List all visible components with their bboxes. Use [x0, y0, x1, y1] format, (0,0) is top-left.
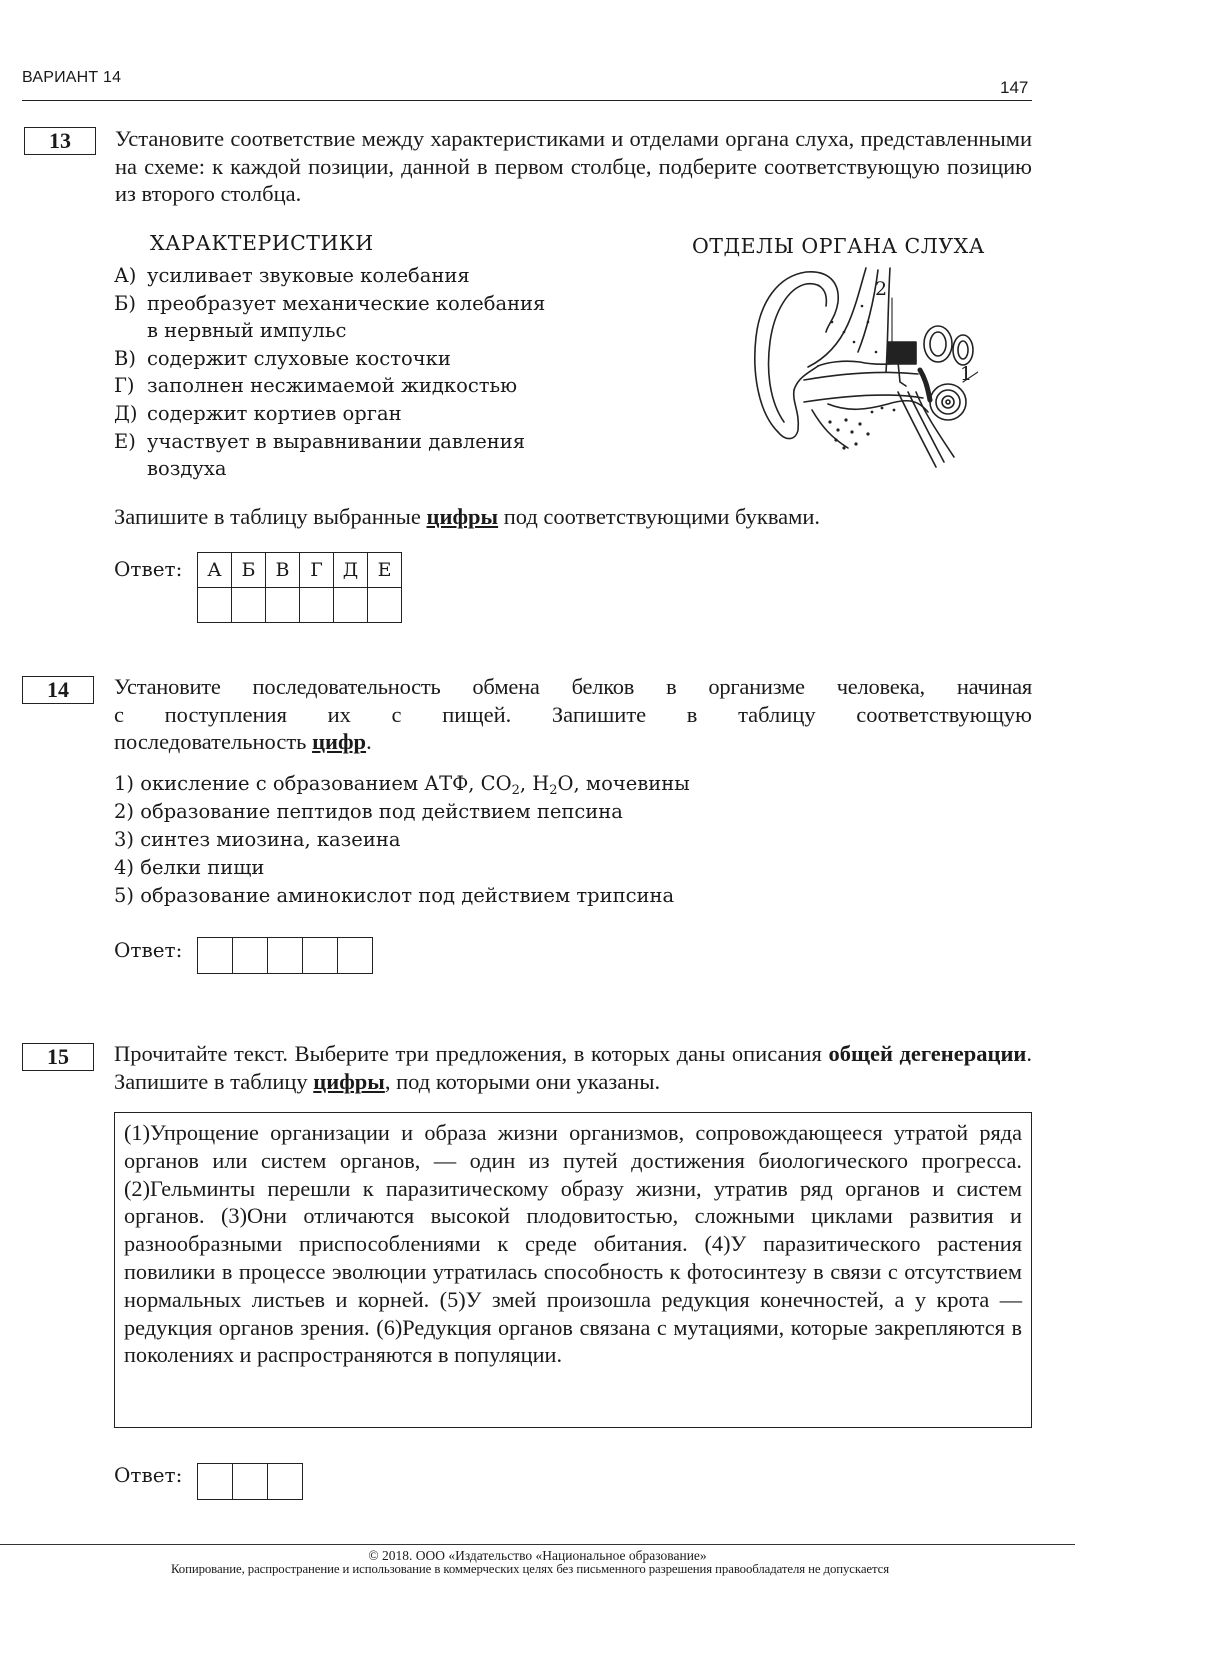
characteristic-text: содержит кортиев орган: [147, 400, 402, 428]
answer-column-header: Д: [334, 553, 368, 588]
sequence-item-number: 4): [114, 856, 134, 879]
sequence-item-number: 2): [114, 800, 134, 823]
characteristic-letter: Б): [114, 290, 147, 318]
characteristic-item: в нервный импульс: [114, 317, 634, 345]
answer-column-header: А: [198, 553, 232, 588]
sequence-item-number: 1): [114, 772, 134, 795]
characteristic-letter: Г): [114, 372, 147, 400]
answer-cell[interactable]: [198, 938, 233, 974]
characteristic-letter: А): [114, 262, 147, 290]
sequence-item: 4) белки пищи: [114, 854, 814, 882]
q15-passage: (1)Упрощение организации и образа жизни …: [124, 1119, 1022, 1369]
answer-cell[interactable]: [303, 938, 338, 974]
characteristic-item: воздуха: [114, 455, 634, 483]
q13-instruction-emphasis: цифры: [427, 504, 499, 529]
q15-prompt-emphasis: цифры: [313, 1069, 385, 1094]
q14-prompt-line2: с поступления их с пищей. Запишите в таб…: [114, 701, 1032, 729]
sequence-item: 2) образование пептидов под действием пе…: [114, 798, 814, 826]
footer-notice: Копирование, распространение и использов…: [0, 1562, 1060, 1577]
characteristic-text: участвует в выравнивании давления: [147, 428, 525, 456]
q15-prompt: Прочитайте текст. Выберите три предложен…: [114, 1040, 1032, 1095]
q13-prompt: Установите соответствие между характерис…: [115, 125, 1032, 208]
answer-cell[interactable]: [268, 938, 303, 974]
q15-answer-table: [197, 1463, 303, 1500]
characteristic-item: Е)участвует в выравнивании давления: [114, 428, 634, 456]
q14-prompt-period: .: [366, 729, 372, 754]
subscript: 2: [549, 783, 557, 798]
q13-characteristics-title: ХАРАКТЕРИСТИКИ: [150, 231, 374, 255]
answer-column-header: Е: [368, 553, 402, 588]
characteristic-text: заполнен несжимаемой жидкостью: [147, 372, 517, 400]
answer-column-header: В: [266, 553, 300, 588]
q14-answer-table: [197, 937, 373, 974]
q13-instruction: Запишите в таблицу выбранные цифры под с…: [114, 503, 820, 531]
answer-cell[interactable]: [268, 1464, 303, 1500]
question-number-14: 14: [22, 676, 94, 704]
characteristic-text: усиливает звуковые колебания: [147, 262, 470, 290]
characteristic-item: В)содержит слуховые косточки: [114, 345, 634, 373]
sequence-item-text: образование аминокислот под действием тр…: [140, 884, 674, 907]
variant-title: ВАРИАНТ 14: [22, 69, 121, 87]
footer-divider: [0, 1544, 1075, 1545]
characteristic-item: Б)преобразует механические колебания: [114, 290, 634, 318]
ear-diagram: [748, 262, 978, 472]
sequence-item: 1) окисление с образованием АТФ, СО2, Н2…: [114, 770, 814, 798]
question-number-15: 15: [22, 1043, 94, 1071]
characteristic-letter: [114, 455, 147, 483]
subscript: 2: [512, 783, 520, 798]
q15-answer-label: Ответ:: [114, 1463, 182, 1487]
characteristic-letter: Е): [114, 428, 147, 456]
q14-answer-label: Ответ:: [114, 938, 182, 962]
sequence-item-text: О, мочевины: [558, 772, 690, 795]
q15-prompt-text: Прочитайте текст. Выберите три предложен…: [114, 1041, 828, 1066]
sequence-item: 3) синтез миозина, казеина: [114, 826, 814, 854]
answer-cell[interactable]: [198, 588, 232, 623]
q13-sections-title: ОТДЕЛЫ ОРГАНА СЛУХА: [692, 234, 985, 258]
sequence-item-text: образование пептидов под действием пепси…: [140, 800, 623, 823]
q14-prompt-line1: Установите последовательность обмена бел…: [114, 673, 1032, 701]
q13-answer-label: Ответ:: [114, 557, 182, 581]
characteristic-letter: Д): [114, 400, 147, 428]
q15-prompt-end: , под которыми они указаны.: [385, 1069, 660, 1094]
sequence-item-text: синтез миозина, казеина: [140, 828, 400, 851]
q15-prompt-bold: общей дегенерации: [828, 1041, 1026, 1066]
answer-cell[interactable]: [368, 588, 402, 623]
characteristic-text: в нервный импульс: [147, 317, 346, 345]
ear-anatomy-icon: [748, 262, 978, 472]
question-number-13: 13: [24, 127, 96, 155]
answer-cell[interactable]: [338, 938, 373, 974]
characteristic-letter: [114, 317, 147, 345]
q14-items-list: 1) окисление с образованием АТФ, СО2, Н2…: [114, 770, 814, 910]
answer-column-header: Г: [300, 553, 334, 588]
q14-prompt-emphasis: цифр: [312, 729, 366, 754]
diagram-label-1: 1: [960, 363, 972, 385]
q14-prompt-line3-text: последовательность: [114, 729, 312, 754]
characteristic-item: Д)содержит кортиев орган: [114, 400, 634, 428]
answer-cell[interactable]: [232, 588, 266, 623]
q13-instruction-text: Запишите в таблицу выбранные: [114, 504, 427, 529]
q15-passage-frame: (1)Упрощение организации и образа жизни …: [114, 1112, 1032, 1428]
answer-cell[interactable]: [233, 1464, 268, 1500]
characteristic-item: А)усиливает звуковые колебания: [114, 262, 634, 290]
diagram-label-2: 2: [875, 278, 887, 300]
answer-cell[interactable]: [266, 588, 300, 623]
header-divider: [22, 100, 1032, 101]
q14-prompt: Установите последовательность обмена бел…: [114, 673, 1032, 756]
characteristic-text: содержит слуховые косточки: [147, 345, 451, 373]
answer-cell[interactable]: [233, 938, 268, 974]
page-number: 147: [1000, 78, 1028, 98]
characteristic-text: воздуха: [147, 455, 226, 483]
sequence-item-text: , Н: [520, 772, 549, 795]
sequence-item: 5) образование аминокислот под действием…: [114, 882, 814, 910]
sequence-item-number: 5): [114, 884, 134, 907]
characteristic-letter: В): [114, 345, 147, 373]
answer-column-header: Б: [232, 553, 266, 588]
answer-cell[interactable]: [198, 1464, 233, 1500]
answer-cell[interactable]: [334, 588, 368, 623]
sequence-item-number: 3): [114, 828, 134, 851]
q14-prompt-line3: последовательность цифр.: [114, 728, 1032, 756]
sequence-item-text: белки пищи: [140, 856, 264, 879]
q13-answer-table: АБВГДЕ: [197, 552, 402, 623]
characteristic-text: преобразует механические колебания: [147, 290, 545, 318]
answer-cell[interactable]: [300, 588, 334, 623]
q13-characteristics-list: А)усиливает звуковые колебанияБ)преобраз…: [114, 262, 634, 483]
sequence-item-text: окисление с образованием АТФ, СО: [140, 772, 511, 795]
characteristic-item: Г)заполнен несжимаемой жидкостью: [114, 372, 634, 400]
q13-instruction-text-end: под соответствующими буквами.: [498, 504, 820, 529]
